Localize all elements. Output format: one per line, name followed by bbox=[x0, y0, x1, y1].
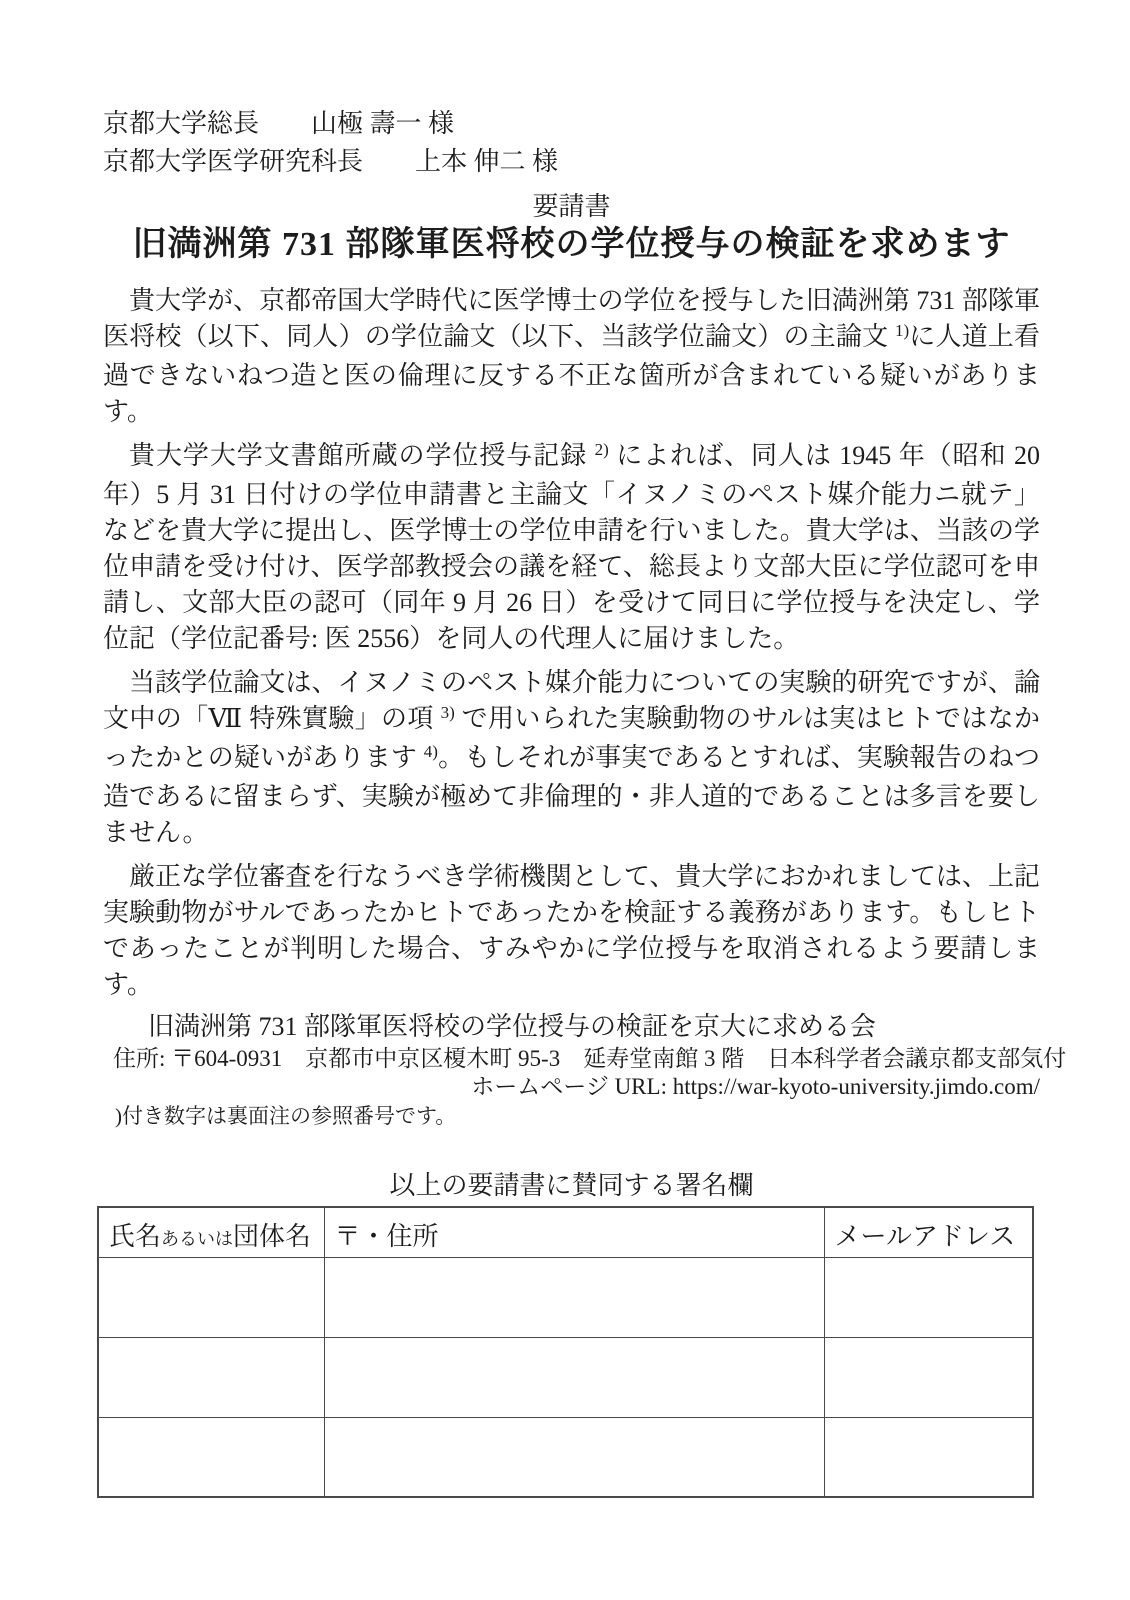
footnote-marker: 1) bbox=[895, 321, 909, 340]
signature-cell-empty bbox=[98, 1337, 324, 1417]
signature-table: 氏名あるいは団体名 〒・住所 メールアドレス bbox=[97, 1206, 1034, 1498]
signature-cell-empty bbox=[324, 1417, 824, 1497]
organization-address: 住所: 〒604-0931 京都市中京区榎木町 95-3 延寿堂南館 3 階 日… bbox=[113, 1045, 1040, 1073]
signature-cell-empty bbox=[824, 1417, 1033, 1497]
text-segment: 厳正な学位審査を行なうべき学術機関として、貴大学におかれましては、上記実験動物が… bbox=[103, 862, 1040, 999]
signature-header-row: 氏名あるいは団体名 〒・住所 メールアドレス bbox=[98, 1207, 1033, 1257]
body-paragraph-2: 貴大学大学文書館所蔵の学位授与記録 2) によれば、同人は 1945 年（昭和 … bbox=[103, 438, 1040, 657]
doc-type-label: 要請書 bbox=[103, 191, 1040, 223]
body-paragraph-4: 厳正な学位審査を行なうべき学術機関として、貴大学におかれましては、上記実験動物が… bbox=[103, 859, 1040, 1003]
organization-homepage-url: ホームページ URL: https://war-kyoto-university… bbox=[103, 1073, 1040, 1101]
col-header-email: メールアドレス bbox=[824, 1207, 1033, 1257]
footnote-marker: 2) bbox=[595, 440, 609, 459]
text-segment: あるいは bbox=[161, 1229, 233, 1249]
signature-cell-empty bbox=[824, 1337, 1033, 1417]
body-text: 貴大学が、京都帝国大学時代に医学博士の学位を授与した旧満洲第 731 部隊軍医将… bbox=[103, 283, 1040, 1003]
signature-table-header: 氏名あるいは団体名 〒・住所 メールアドレス bbox=[98, 1207, 1033, 1257]
text-segment: 貴大学が、京都帝国大学時代に医学博士の学位を授与した旧満洲第 731 部隊軍医将… bbox=[103, 286, 1040, 351]
signature-cell-empty bbox=[98, 1417, 324, 1497]
footnote-marker: 3) bbox=[441, 703, 455, 722]
document-page: 京都大学総長 山極 壽一 様 京都大学医学研究科長 上本 伸二 様 要請書 旧満… bbox=[0, 0, 1130, 1600]
col-header-address: 〒・住所 bbox=[324, 1207, 824, 1257]
addressee-block: 京都大学総長 山極 壽一 様 京都大学医学研究科長 上本 伸二 様 bbox=[103, 105, 1040, 181]
footnote-marker: 4) bbox=[424, 742, 438, 761]
text-segment: 貴大学大学文書館所蔵の学位授与記録 bbox=[129, 441, 595, 470]
addressee-line-president: 京都大学総長 山極 壽一 様 bbox=[103, 105, 1040, 143]
signature-table-body bbox=[98, 1257, 1033, 1497]
text-segment: 団体名 bbox=[233, 1222, 311, 1251]
footnote-reference-note: )付き数字は裏面注の参照番号です。 bbox=[115, 1103, 1040, 1129]
text-segment: 氏名 bbox=[109, 1222, 161, 1251]
page-title: 旧満洲第 731 部隊軍医将校の学位授与の検証を求めます bbox=[103, 223, 1040, 267]
signature-row bbox=[98, 1417, 1033, 1497]
organization-name: 旧満洲第 731 部隊軍医将校の学位授与の検証を京大に求める会 bbox=[148, 1011, 1040, 1043]
signature-row bbox=[98, 1257, 1033, 1337]
organization-block: 旧満洲第 731 部隊軍医将校の学位授与の検証を京大に求める会 住所: 〒604… bbox=[103, 1011, 1040, 1129]
addressee-line-dean: 京都大学医学研究科長 上本 伸二 様 bbox=[103, 143, 1040, 181]
signature-cell-empty bbox=[324, 1257, 824, 1337]
signature-section-heading: 以上の要請書に賛同する署名欄 bbox=[103, 1171, 1040, 1201]
body-paragraph-3: 当該学位論文は、イヌノミのペスト媒介能力についての実験的研究ですが、論文中の「Ⅶ… bbox=[103, 665, 1040, 851]
signature-cell-empty bbox=[824, 1257, 1033, 1337]
signature-row bbox=[98, 1337, 1033, 1417]
signature-cell-empty bbox=[98, 1257, 324, 1337]
col-header-name: 氏名あるいは団体名 bbox=[98, 1207, 324, 1257]
text-segment: によれば、同人は 1945 年（昭和 20 年）5 月 31 日付けの学位申請書… bbox=[103, 441, 1040, 653]
body-paragraph-1: 貴大学が、京都帝国大学時代に医学博士の学位を授与した旧満洲第 731 部隊軍医将… bbox=[103, 283, 1040, 430]
signature-cell-empty bbox=[324, 1337, 824, 1417]
